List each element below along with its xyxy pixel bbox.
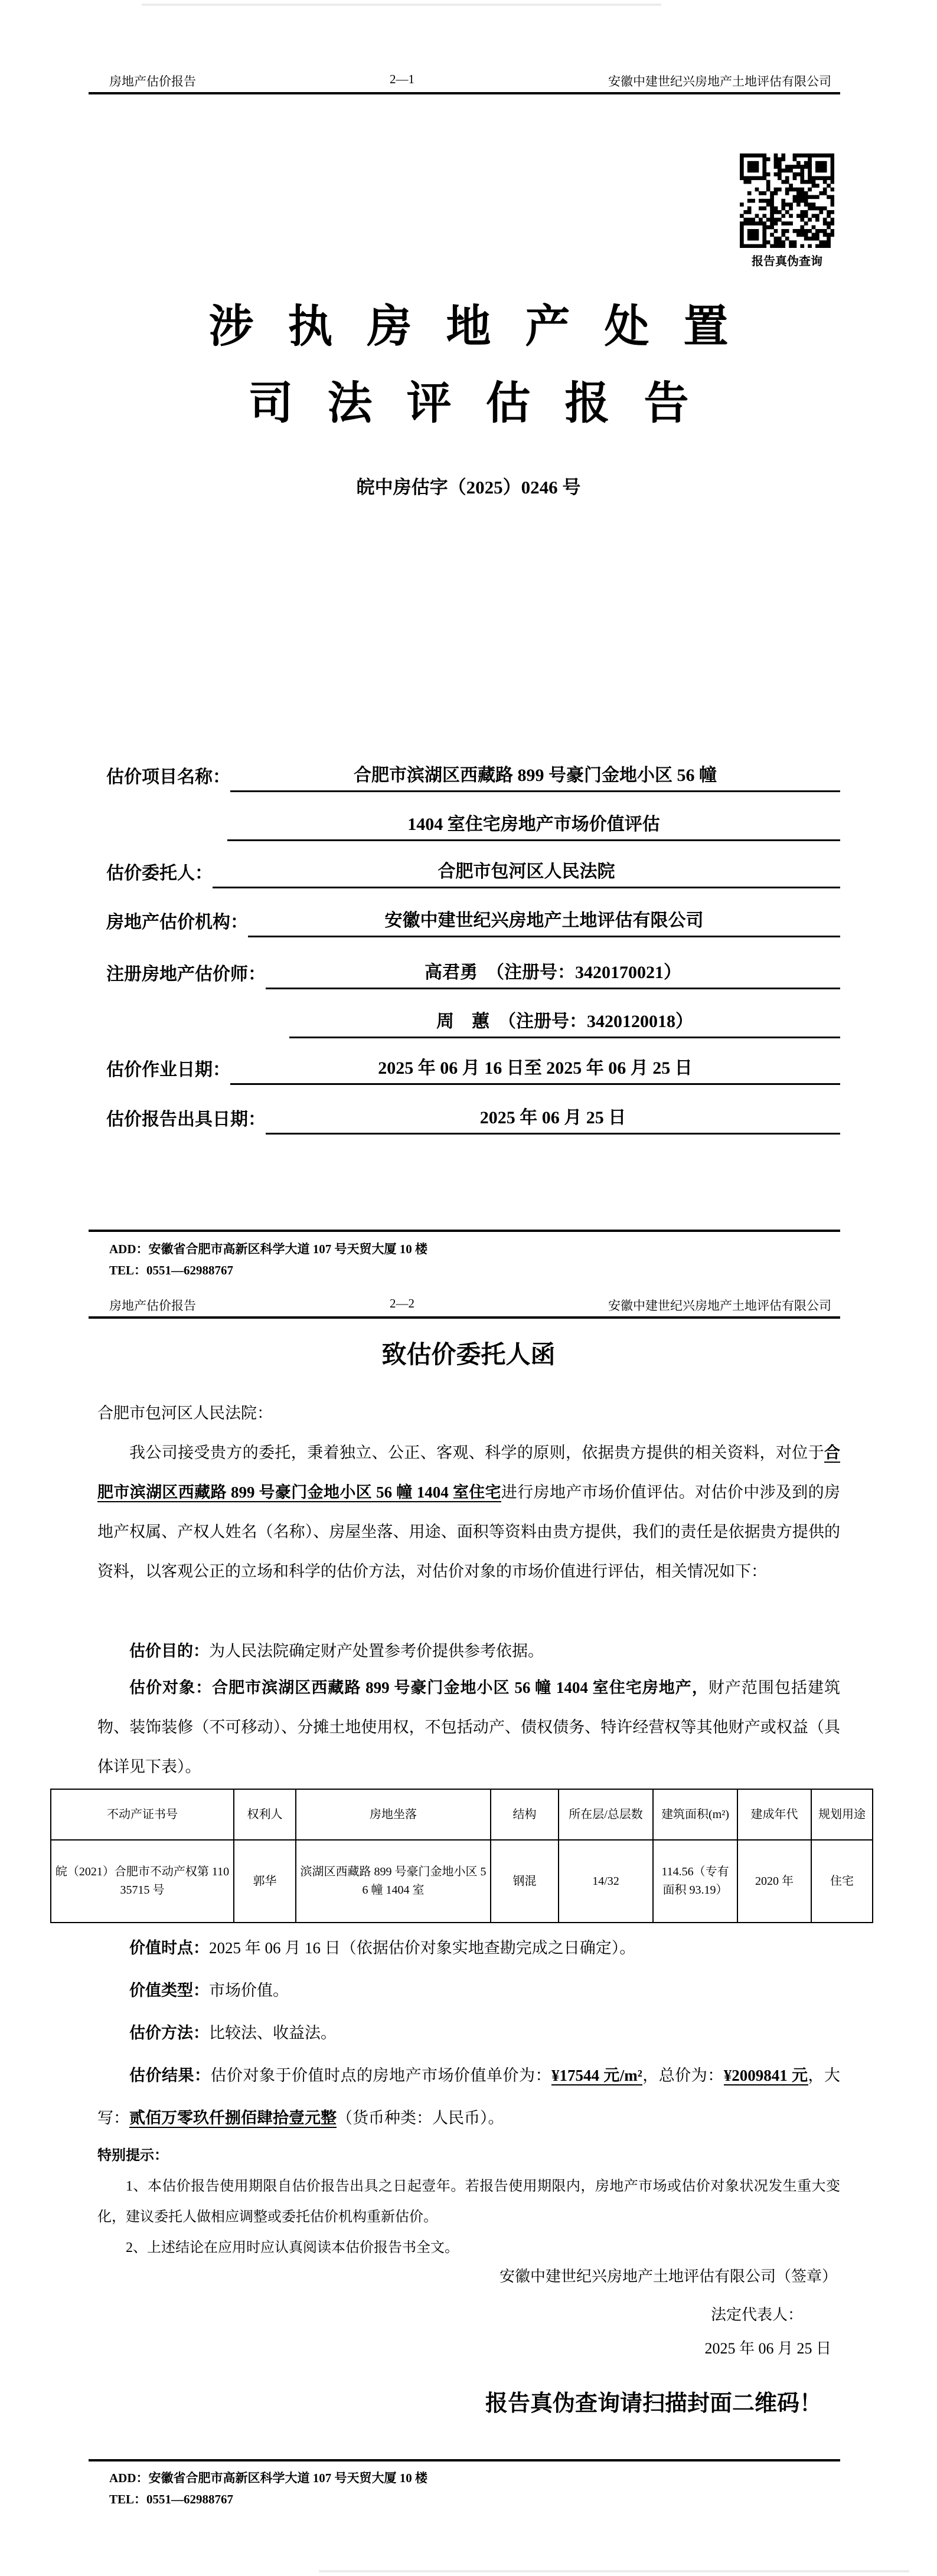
- appraisal-report-document: 房地产估价报告 2—1 安徽中建世纪兴房地产土地评估有限公司 报告真伪查询 涉执…: [0, 0, 937, 2576]
- method-text: 比较法、收益法。: [209, 2024, 337, 2042]
- subject-label: 估价对象：: [129, 1679, 212, 1696]
- letter-salutation: 合肥市包河区人民法院：: [97, 1400, 840, 1423]
- field-label: 房地产估价机构：: [106, 907, 248, 937]
- result-total-price: ¥2009841 元: [724, 2067, 808, 2085]
- value-date-label: 价值时点：: [129, 1939, 209, 1957]
- cell-owner: 郭华: [234, 1840, 296, 1923]
- table-header-row: 不动产证书号 权利人 房地坐落 结构 所在层/总层数 建筑面积(m²) 建成年代…: [51, 1789, 873, 1840]
- special-notice: 特别提示： 1、本估价报告使用期限自估价报告出具之日起壹年。若报告使用期限内，房…: [97, 2140, 840, 2263]
- col-location: 房地坐落: [296, 1789, 491, 1840]
- scan-qr-notice: 报告真伪查询请扫描封面二维码！: [485, 2385, 822, 2417]
- result-mid: ，总价为：: [642, 2067, 724, 2084]
- paragraph-purpose: 估价目的：为人民法院确定财产处置参考价提供参考依据。: [97, 1632, 840, 1671]
- field-label: 估价报告出具日期：: [106, 1104, 266, 1135]
- field-project-name: 估价项目名称： 合肥市滨湖区西藏路 899 号豪门金地小区 56 幢: [106, 760, 840, 792]
- cover-title-line1: 涉执房地产处置: [0, 290, 937, 355]
- field-label: 估价委托人：: [106, 858, 213, 888]
- cell-year-built: 2020 年: [737, 1840, 811, 1923]
- field-appraiser-1: 注册房地产估价师： 高君勇 （注册号：3420170021）: [106, 957, 840, 989]
- appraisal-purpose: 估价目的：为人民法院确定财产处置参考价提供参考依据。: [97, 1632, 840, 1671]
- field-client: 估价委托人： 合肥市包河区人民法院: [106, 857, 840, 888]
- result-post: （货币种类：人民币）。: [337, 2109, 504, 2127]
- col-certificate-no: 不动产证书号: [51, 1789, 234, 1840]
- result-amount-words: 贰佰万零玖仟捌佰肆拾壹元整: [129, 2109, 337, 2128]
- running-head-company: 安徽中建世纪兴房地产土地评估有限公司: [608, 1296, 831, 1314]
- running-head-doc-type: 房地产估价报告: [109, 1296, 196, 1314]
- field-value: 1404 室住宅房地产市场价值评估: [227, 809, 840, 841]
- page2-header-rule: [89, 1316, 840, 1319]
- field-label: 估价作业日期：: [106, 1055, 230, 1085]
- cover-title-line2: 司法评估报告: [0, 367, 937, 431]
- report-number: 皖中房估字（2025）0246 号: [0, 472, 937, 499]
- footer-address: ADD：安徽省合肥市高新区科学大道 107 号天贸大厦 10 楼: [109, 1240, 841, 1257]
- col-floor: 所在层/总层数: [559, 1789, 653, 1840]
- result-line: 估价结果：估价对象于价值时点的房地产市场价值单价为：¥17544 元/m²，总价…: [97, 2054, 840, 2139]
- appraisal-subject: 估价对象：合肥市滨湖区西藏路 899 号豪门金地小区 56 幢 1404 室住宅…: [97, 1668, 840, 1787]
- letter-title: 致估价委托人函: [0, 1335, 937, 1371]
- field-issue-date: 估价报告出具日期： 2025 年 06 月 25 日: [106, 1103, 840, 1135]
- result-pre: 估价对象于价值时点的房地产市场价值单价为：: [211, 2067, 551, 2084]
- method-line: 估价方法：比较法、收益法。: [97, 2012, 840, 2054]
- running-head-doc-type: 房地产估价报告: [109, 72, 196, 90]
- col-area: 建筑面积(m²): [653, 1789, 737, 1840]
- field-value: 周 蕙 （注册号：3420120018）: [289, 1006, 840, 1038]
- field-value: 合肥市包河区人民法院: [213, 857, 840, 888]
- field-label: 注册房地产估价师：: [106, 959, 266, 989]
- cell-location: 滨湖区西藏路 899 号豪门金地小区 56 幢 1404 室: [296, 1840, 491, 1923]
- scan-artifact-top: [142, 4, 661, 6]
- subject-property-table: 不动产证书号 权利人 房地坐落 结构 所在层/总层数 建筑面积(m²) 建成年代…: [50, 1789, 873, 1923]
- col-year-built: 建成年代: [737, 1789, 811, 1840]
- field-label: 估价项目名称：: [106, 762, 230, 792]
- col-structure: 结构: [491, 1789, 559, 1840]
- value-type-line: 价值类型：市场价值。: [97, 1969, 840, 2012]
- qr-code-svg: [740, 153, 834, 248]
- signature-company: 安徽中建世纪兴房地产土地评估有限公司（签章）: [97, 2264, 837, 2286]
- value-type-text: 市场价值。: [209, 1982, 289, 1999]
- notice-item-2: 2、上述结论在应用时应认真阅读本估价报告书全文。: [97, 2232, 840, 2263]
- field-value: 安徽中建世纪兴房地产土地评估有限公司: [248, 905, 840, 937]
- method-label: 估价方法：: [129, 2024, 209, 2042]
- letter-intro-paragraph: 我公司接受贵方的委托，秉着独立、公正、客观、科学的原则，依据贵方提供的相关资料，…: [97, 1433, 840, 1591]
- qr-caption: 报告真伪查询: [731, 251, 843, 269]
- running-head-page-number: 2—2: [390, 1296, 414, 1314]
- cell-floor: 14/32: [559, 1840, 653, 1923]
- purpose-label: 估价目的：: [129, 1642, 209, 1660]
- col-planned-use: 规划用途: [811, 1789, 873, 1840]
- signature-legal-representative: 法定代表人：: [97, 2303, 837, 2325]
- result-unit-price: ¥17544 元/m²: [551, 2067, 642, 2085]
- page1-running-head: 房地产估价报告 2—1 安徽中建世纪兴房地产土地评估有限公司: [109, 72, 831, 90]
- scan-artifact-bottom: [319, 2570, 909, 2572]
- cell-planned-use: 住宅: [811, 1840, 873, 1923]
- notice-item-1: 1、本估价报告使用期限自估价报告出具之日起壹年。若报告使用期限内，房地产市场或估…: [97, 2171, 840, 2232]
- page1-header-rule: [89, 92, 840, 94]
- field-agency: 房地产估价机构： 安徽中建世纪兴房地产土地评估有限公司: [106, 905, 840, 937]
- notice-label-line: 特别提示：: [97, 2140, 840, 2171]
- field-appraiser-2: 周 蕙 （注册号：3420120018）: [106, 1006, 840, 1038]
- field-value: 2025 年 06 月 16 日至 2025 年 06 月 25 日: [230, 1053, 840, 1085]
- subject-address: 合肥市滨湖区西藏路 899 号豪门金地小区 56 幢 1404 室住宅房地产，: [212, 1679, 709, 1696]
- footer-telephone: TEL：0551—62988767: [109, 1261, 841, 1279]
- page2-running-head: 房地产估价报告 2—2 安徽中建世纪兴房地产土地评估有限公司: [109, 1296, 831, 1314]
- cell-structure: 钢混: [491, 1840, 559, 1923]
- notice-label: 特别提示：: [97, 2148, 168, 2163]
- value-date-text: 2025 年 06 月 16 日（依据估价对象实地查勘完成之日确定）。: [209, 1939, 635, 1957]
- running-head-page-number: 2—1: [390, 72, 414, 90]
- appraisal-conclusions: 价值时点：2025 年 06 月 16 日（依据估价对象实地查勘完成之日确定）。…: [97, 1927, 840, 2139]
- paragraph-entrust: 我公司接受贵方的委托，秉着独立、公正、客观、科学的原则，依据贵方提供的相关资料，…: [97, 1433, 840, 1591]
- running-head-company: 安徽中建世纪兴房地产土地评估有限公司: [608, 72, 831, 90]
- qr-code: [740, 153, 834, 248]
- footer-address: ADD：安徽省合肥市高新区科学大道 107 号天贸大厦 10 楼: [109, 2469, 841, 2486]
- col-owner: 权利人: [234, 1789, 296, 1840]
- page1-footer-rule: [89, 1230, 840, 1232]
- para-pre: 我公司接受贵方的委托，秉着独立、公正、客观、科学的原则，依据贵方提供的相关资料，…: [129, 1444, 824, 1462]
- field-work-dates: 估价作业日期： 2025 年 06 月 16 日至 2025 年 06 月 25…: [106, 1053, 840, 1085]
- field-value: 合肥市滨湖区西藏路 899 号豪门金地小区 56 幢: [230, 760, 840, 792]
- value-date-line: 价值时点：2025 年 06 月 16 日（依据估价对象实地查勘完成之日确定）。: [97, 1927, 840, 1969]
- cell-certificate-no: 皖（2021）合肥市不动产权第 11035715 号: [51, 1840, 234, 1923]
- paragraph-subject: 估价对象：合肥市滨湖区西藏路 899 号豪门金地小区 56 幢 1404 室住宅…: [97, 1668, 840, 1787]
- page2-footer-rule: [89, 2459, 840, 2461]
- purpose-text: 为人民法院确定财产处置参考价提供参考依据。: [209, 1642, 544, 1660]
- value-type-label: 价值类型：: [129, 1982, 209, 1999]
- footer-telephone: TEL：0551—62988767: [109, 2490, 841, 2508]
- field-value: 高君勇 （注册号：3420170021）: [266, 957, 840, 989]
- field-value: 2025 年 06 月 25 日: [266, 1103, 840, 1135]
- signature-date: 2025 年 06 月 25 日: [97, 2336, 837, 2358]
- field-project-name-line2: 1404 室住宅房地产市场价值评估: [106, 809, 840, 841]
- result-label: 估价结果：: [129, 2067, 211, 2084]
- table-data-row: 皖（2021）合肥市不动产权第 11035715 号 郭华 滨湖区西藏路 899…: [51, 1840, 873, 1923]
- cell-area: 114.56（专有面积 93.19）: [653, 1840, 737, 1923]
